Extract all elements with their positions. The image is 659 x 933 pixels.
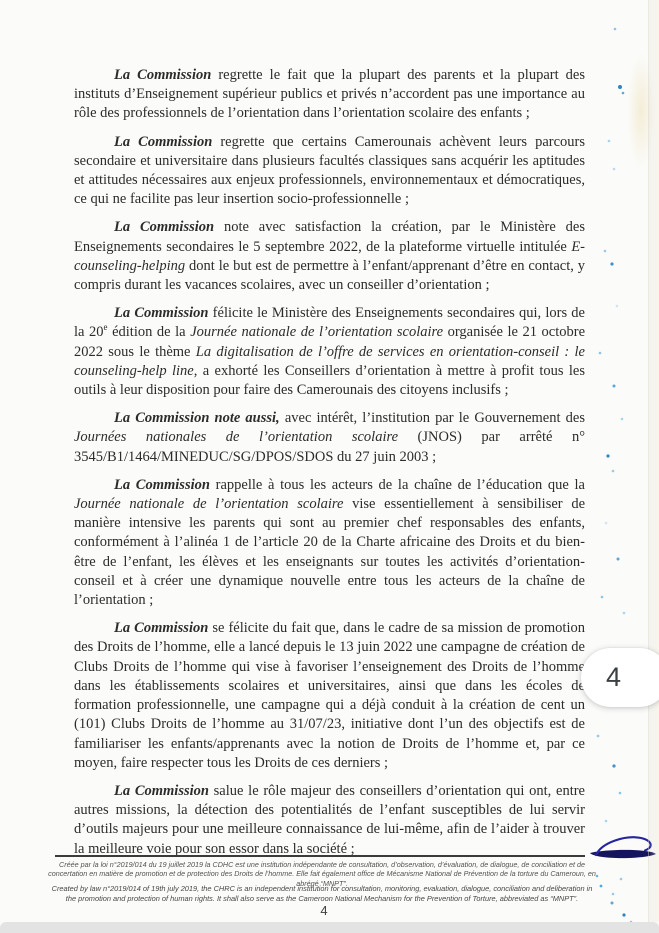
text-segment: La Commission bbox=[114, 67, 211, 83]
text-segment: La Commission bbox=[114, 219, 214, 235]
viewer-bottom-bar bbox=[0, 922, 659, 933]
text-segment: La Commission note aussi, bbox=[114, 410, 280, 426]
paragraph: La Commission note aussi, avec intérêt, … bbox=[74, 409, 585, 467]
text-segment: se félicite du fait que, dans le cadre d… bbox=[74, 620, 585, 770]
paragraph: La Commission rappelle à tous les acteur… bbox=[74, 476, 585, 610]
scan-speckles-decoration bbox=[0, 0, 2, 2]
text-segment: La Commission bbox=[114, 305, 208, 321]
footnote-english: Created by law n°2019/014 of 19th july 2… bbox=[48, 884, 596, 904]
text-segment: La Commission bbox=[114, 477, 210, 493]
paragraph: La Commission salue le rôle majeur des c… bbox=[74, 782, 585, 859]
text-segment: Journée nationale de l’orientation scola… bbox=[190, 324, 443, 340]
page-edge bbox=[648, 0, 659, 922]
paragraph: La Commission se félicite du fait que, d… bbox=[74, 619, 585, 773]
text-segment: édition de la bbox=[108, 324, 191, 340]
text-segment: avec intérêt, l’institution par le Gouve… bbox=[280, 410, 585, 426]
paragraph: La Commission regrette le fait que la pl… bbox=[74, 66, 585, 124]
text-segment: rappelle à tous les acteurs de la chaîne… bbox=[210, 477, 585, 493]
page-indicator-pill: 4 bbox=[581, 648, 659, 707]
text-segment: La Commission bbox=[114, 134, 212, 150]
paragraph: La Commission note avec satisfaction la … bbox=[74, 218, 585, 295]
page-indicator-value: 4 bbox=[606, 662, 621, 693]
page-number: 4 bbox=[0, 903, 648, 918]
document-body: La Commission regrette le fait que la pl… bbox=[74, 66, 585, 868]
paragraph: La Commission félicite le Ministère des … bbox=[74, 304, 585, 400]
text-segment: Journées nationales de l’orientation sco… bbox=[74, 429, 398, 445]
text-segment: vise essentiellement à sensibiliser de m… bbox=[74, 496, 585, 608]
paragraph: La Commission regrette que certains Came… bbox=[74, 133, 585, 210]
text-segment: La Commission bbox=[114, 783, 209, 799]
text-segment: Journée nationale de l’orientation scola… bbox=[74, 496, 343, 512]
text-segment: La Commission bbox=[114, 620, 208, 636]
pdf-viewer: La Commission regrette le fait que la pl… bbox=[0, 0, 659, 933]
footnote-divider bbox=[55, 855, 585, 857]
